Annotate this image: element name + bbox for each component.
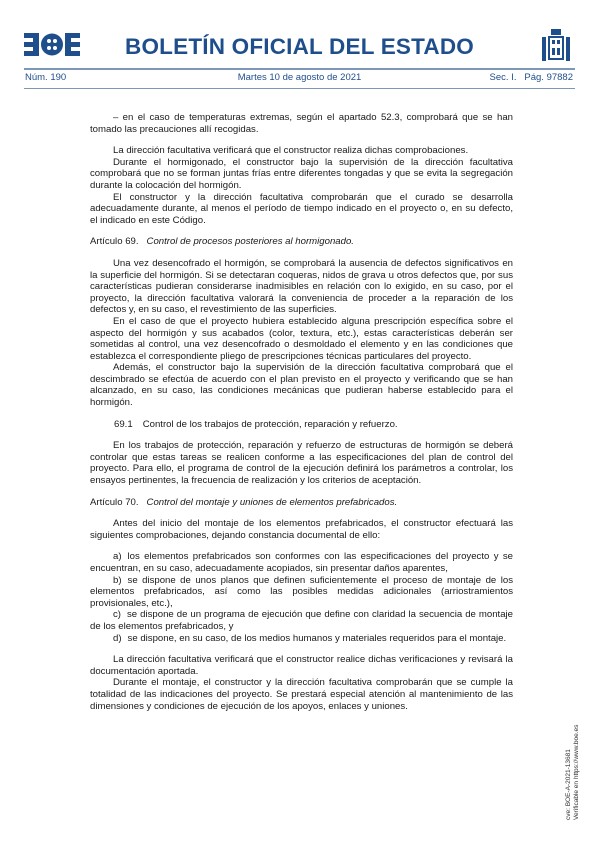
header-rule-bottom <box>24 88 575 89</box>
list-item: d)se dispone, en su caso, de los medios … <box>90 633 513 645</box>
paragraph: La dirección facultativa verificará que … <box>90 654 513 677</box>
section-title: Control de los trabajos de protección, r… <box>143 419 398 430</box>
paragraph: El constructor y la dirección facultativ… <box>90 192 513 227</box>
paragraph: En los trabajos de protección, reparació… <box>90 440 513 486</box>
cve-code: cve: BOE-A-2021-13681 <box>565 725 573 820</box>
paragraph: En el caso de que el proyecto hubiera es… <box>90 316 513 362</box>
coat-of-arms-icon <box>540 28 572 64</box>
paragraph: Antes del inicio del montaje de los elem… <box>90 518 513 541</box>
list-item-label: d) <box>113 633 122 644</box>
list-item-label: a) <box>113 551 122 562</box>
paragraph: Una vez desencofrado el hormigón, se com… <box>90 258 513 316</box>
article-label: Artículo 70. <box>90 497 139 508</box>
list-item: c)se dispone de un programa de ejecución… <box>90 609 513 632</box>
document-body: – en el caso de temperaturas extremas, s… <box>90 112 513 712</box>
gazette-title: BOLETÍN OFICIAL DEL ESTADO <box>0 34 599 60</box>
list-item: a)los elementos prefabricados son confor… <box>90 551 513 574</box>
paragraph: Durante el montaje, el constructor y la … <box>90 677 513 712</box>
list-item-label: c) <box>113 609 121 620</box>
list-item-text: se dispone de un programa de ejecución q… <box>90 609 513 632</box>
paragraph: Además, el constructor bajo la supervisi… <box>90 362 513 408</box>
paragraph: – en el caso de temperaturas extremas, s… <box>90 112 513 135</box>
verification-link[interactable]: Verificable en https://www.boe.es <box>573 725 581 820</box>
list-item-text: los elementos prefabricados son conforme… <box>90 551 513 574</box>
section-69-1-heading: 69.1Control de los trabajos de protecció… <box>90 419 513 431</box>
list-item-text: se dispone de unos planos que definen su… <box>90 575 513 609</box>
article-title: Control del montaje y uniones de element… <box>147 497 398 508</box>
list-item-text: se dispone, en su caso, de los medios hu… <box>128 633 507 644</box>
paragraph: La dirección facultativa verificará que … <box>90 145 513 157</box>
paragraph: Durante el hormigonado, el constructor b… <box>90 157 513 192</box>
article-title: Control de procesos posteriores al hormi… <box>147 236 354 247</box>
article-label: Artículo 69. <box>90 236 139 247</box>
list-item: b)se dispone de unos planos que definen … <box>90 575 513 610</box>
section-page: Sec. I. Pág. 97882 <box>490 72 573 83</box>
page-header: BOLETÍN OFICIAL DEL ESTADO Núm. 190 Mart… <box>0 0 599 100</box>
article-70-heading: Artículo 70.Control del montaje y unione… <box>90 497 513 509</box>
list-item-label: b) <box>113 575 122 586</box>
verification-note: cve: BOE-A-2021-13681 Verificable en htt… <box>565 725 581 820</box>
section-number: 69.1 <box>114 419 133 430</box>
article-69-heading: Artículo 69.Control de procesos posterio… <box>90 236 513 248</box>
header-rule <box>24 68 575 70</box>
